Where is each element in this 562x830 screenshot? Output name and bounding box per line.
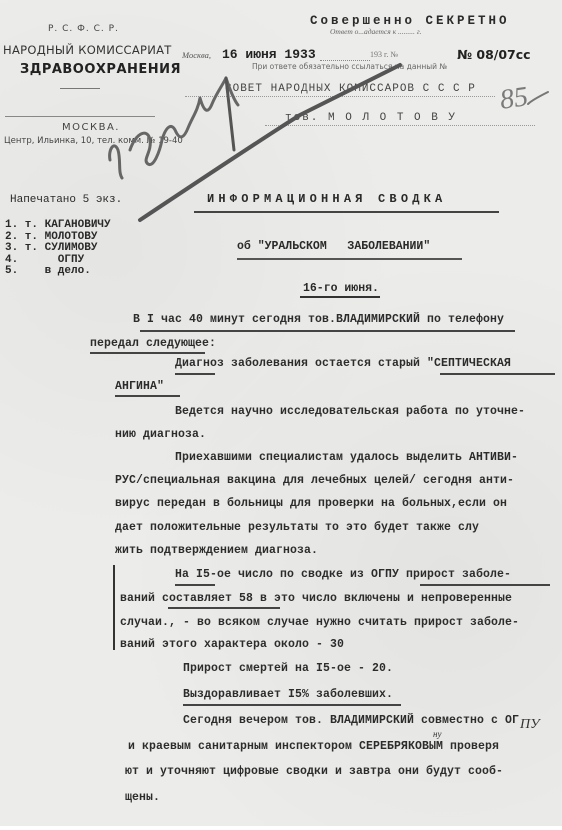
document-subject: об "УРАЛЬСКОМ ЗАБОЛЕВАНИИ"	[237, 240, 430, 253]
distribution-list: 1. т. КАГАНОВИЧУ 2. т. МОЛОТОВУ 3. т. СУ…	[5, 220, 111, 278]
body-line: Выздоравливает I5% заболевших.	[183, 688, 393, 701]
letterhead-department: ЗДРАВООХРАНЕНИЯ	[20, 62, 181, 77]
letterhead-commissariat: НАРОДНЫЙ КОМИССАРИАТ	[3, 43, 172, 57]
letterhead-republic: Р. С. Ф. С. Р.	[48, 24, 119, 34]
document-date: 16 июня 1933	[222, 47, 316, 62]
reply-note: При ответе обязательно ссылаться на данн…	[252, 62, 447, 71]
body-line: Диагноз заболевания остается старый "СЕП…	[175, 357, 511, 370]
body-line: вирус передан в больницы для проверки на…	[115, 497, 507, 510]
pencil-underline	[175, 584, 215, 586]
pencil-underline	[420, 584, 550, 586]
report-date-underline	[300, 296, 380, 298]
subject-underline	[237, 258, 462, 260]
pencil-underline	[90, 352, 205, 354]
body-line: Приехавшими специалистам удалось выделит…	[175, 451, 518, 464]
handwritten-correction: ну	[433, 729, 441, 739]
letterhead-divider	[5, 116, 155, 117]
classification-stamp: Совершенно СЕКРЕТНО	[310, 14, 510, 28]
addressee-person: тов. М О Л О Т О В У	[285, 112, 457, 124]
handwritten-page-number: 85	[498, 81, 530, 117]
body-line: Сегодня вечером тов. ВЛАДИМИРСКИЙ совмес…	[183, 714, 519, 727]
pencil-underline	[168, 607, 280, 609]
distribution-item: 3. т. СУЛИМОВУ	[5, 243, 111, 255]
letterhead-divider	[60, 88, 100, 89]
body-line: Ведется научно исследовательская работа …	[175, 405, 525, 418]
body-line: дает положительные результаты то это буд…	[115, 521, 479, 534]
body-line: и краевым санитарным инспектором СЕРЕБРЯ…	[128, 740, 499, 753]
pencil-underline	[183, 704, 401, 706]
addressee-line	[265, 125, 535, 126]
distribution-item: 1. т. КАГАНОВИЧУ	[5, 220, 111, 232]
letterhead-city: МОСКВА.	[62, 122, 120, 133]
document-title: ИНФОРМАЦИОННАЯ СВОДКА	[207, 192, 446, 206]
body-line: АНГИНА"	[115, 380, 164, 393]
pencil-underline	[440, 373, 555, 375]
year-blank: 193 г. №	[370, 50, 398, 59]
body-line: ваний этого характера около - 30	[120, 638, 344, 651]
copies-printed: Напечатано 5 экз.	[10, 194, 122, 206]
body-line: На I5-ое число по сводке из ОГПУ прирост…	[175, 568, 511, 581]
pencil-underline	[140, 330, 515, 332]
body-line: нию диагноза.	[115, 428, 206, 441]
page-edge	[0, 826, 562, 830]
city-label: Москва,	[182, 50, 211, 60]
body-line: щены.	[125, 791, 160, 804]
body-line: случаи., - во всяком случае нужно считат…	[120, 616, 519, 629]
distribution-item: 5. в дело.	[5, 266, 111, 278]
addressee-line	[185, 96, 495, 97]
body-line: В I час 40 минут сегодня тов.ВЛАДИМИРСКИ…	[133, 313, 504, 326]
margin-mark	[113, 565, 115, 650]
handwritten-correction: ПУ	[520, 717, 540, 733]
pencil-underline	[115, 395, 180, 397]
body-line: РУС/специальная вакцина для лечебных цел…	[115, 474, 514, 487]
title-underline	[194, 211, 499, 213]
addressee-organization: СОВЕТ НАРОДНЫХ КОМИССАРОВ С С С Р	[225, 83, 476, 95]
body-line: Прирост смертей на I5-ое - 20.	[183, 662, 393, 675]
pencil-underline	[175, 373, 215, 375]
body-line: ют и уточняют цифровые сводки и завтра о…	[125, 765, 503, 778]
letterhead-address: Центр, Ильинка, 10, тел. комм. № 19-40	[4, 136, 183, 146]
reference-note: Ответ о...адается к ......... г.	[330, 27, 421, 36]
body-line: передал следующее:	[90, 337, 216, 350]
document-page: Р. С. Ф. С. Р. НАРОДНЫЙ КОМИССАРИАТ ЗДРА…	[0, 0, 562, 826]
body-line: ваний составляет 58 в это число включены…	[120, 592, 512, 605]
document-number: № 08/07сс	[457, 47, 531, 62]
body-line: жить подтверждением диагноза.	[115, 544, 318, 557]
date-dotted-line	[320, 60, 370, 61]
report-date: 16-го июня.	[303, 282, 379, 295]
